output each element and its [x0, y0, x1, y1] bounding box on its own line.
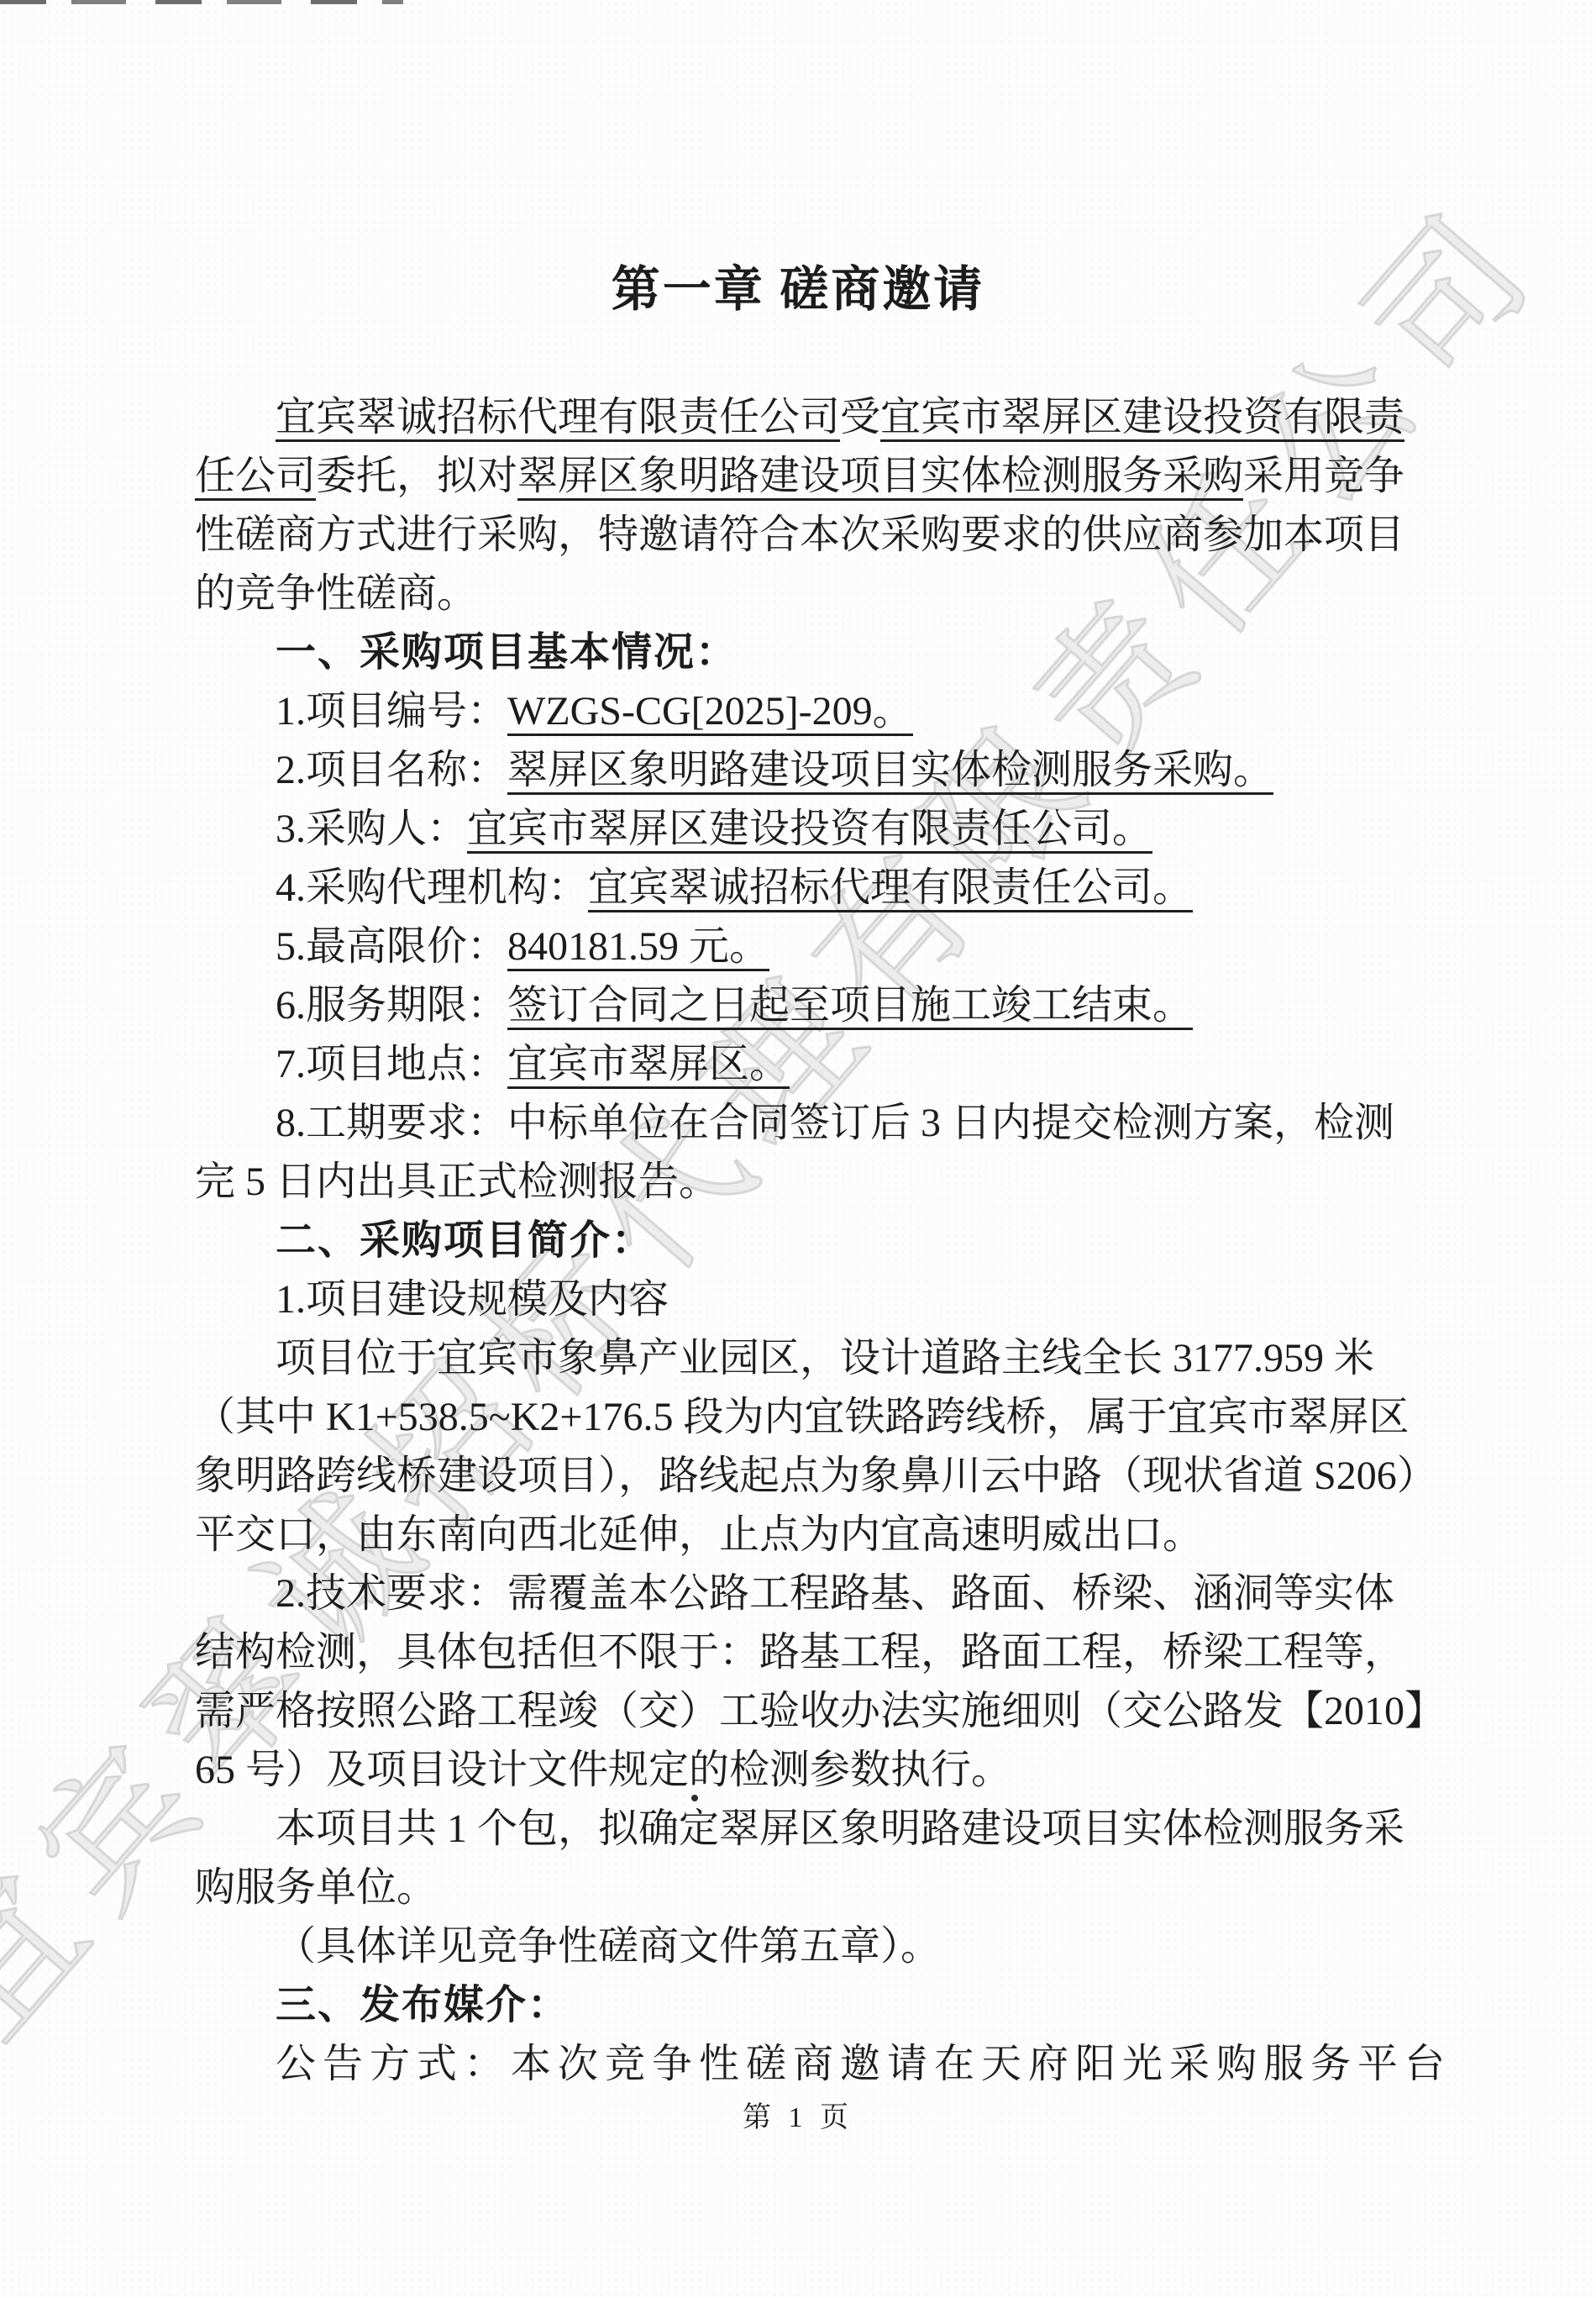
text-run: 三、发布媒介：: [276, 1983, 570, 2027]
text-line: 象明路跨线桥建设项目），路线起点为象鼻川云中路（现状省道 S206）: [195, 1447, 1401, 1506]
text-run: 公告方式：本次竞争性磋商邀请在天府阳光采购服务平台: [276, 2042, 1452, 2086]
text-run: 二、采购项目简介：: [276, 1218, 654, 1263]
underlined-text: 840181.59 元。: [507, 924, 769, 971]
text-line: 的竞争性磋商。: [195, 565, 1401, 623]
section-heading: 二、采购项目简介：: [195, 1212, 1401, 1270]
underlined-text: 翠屏区象明路建设项目实体检测服务采购: [517, 454, 1243, 501]
text-line: 4.采购代理机构：宜宾翠诚招标代理有限责任公司。: [195, 859, 1401, 918]
text-line: 购服务单位。: [195, 1859, 1401, 1917]
underlined-text: 任公司: [195, 454, 316, 501]
text-run: 需严格按照公路工程竣（交）工验收办法实施细则（交公路发【2010】: [195, 1689, 1445, 1733]
text-line: 宜宾翠诚招标代理有限责任公司受宜宾市翠屏区建设投资有限责: [195, 388, 1401, 447]
text-run: 性磋商方式进行采购，特邀请符合本次采购要求的供应商参加本项目: [195, 513, 1404, 557]
text-run: 采用竞争: [1243, 454, 1404, 498]
scanned-document-page: { "page": { "title": "第一章 磋商邀请", "footer…: [0, 0, 1596, 2298]
text-run: 8.工期要求：中标单位在合同签订后 3 日内提交检测方案，检测: [276, 1101, 1394, 1145]
text-run: 2.项目名称：: [276, 748, 507, 792]
text-line: 性磋商方式进行采购，特邀请符合本次采购要求的供应商参加本项目: [195, 506, 1401, 565]
text-line: 平交口，由东南向西北延伸，止点为内宜高速明威出口。: [195, 1506, 1401, 1564]
scan-dot-artifact: [691, 1795, 698, 1801]
text-run: 结构检测，具体包括但不限于：路基工程，路面工程，桥梁工程等，: [195, 1630, 1404, 1675]
text-line: 7.项目地点：宜宾市翠屏区。: [195, 1035, 1401, 1094]
text-line: 项目位于宜宾市象鼻产业园区，设计道路主线全长 3177.959 米: [195, 1329, 1401, 1388]
text-line: 需严格按照公路工程竣（交）工验收办法实施细则（交公路发【2010】: [195, 1682, 1401, 1741]
underlined-text: 宜宾市翠屏区。: [507, 1042, 790, 1089]
text-line: 本项目共 1 个包，拟确定翠屏区象明路建设项目实体检测服务采: [195, 1800, 1401, 1859]
text-run: 平交口，由东南向西北延伸，止点为内宜高速明威出口。: [195, 1512, 1203, 1557]
text-run: 65 号）及项目设计文件规定的检测参数执行。: [195, 1748, 1011, 1792]
text-run: （其中 K1+538.5~K2+176.5 段为内宜铁路跨线桥，属于宜宾市翠屏区: [195, 1395, 1409, 1439]
body-lines: 宜宾翠诚招标代理有限责任公司受宜宾市翠屏区建设投资有限责任公司委托，拟对翠屏区象…: [195, 388, 1401, 2094]
text-run: 的竞争性磋商。: [195, 571, 477, 616]
underlined-text: WZGS-CG[2025]-209。: [507, 689, 913, 736]
text-run: 委托，拟对: [316, 454, 517, 498]
text-run: 2.技术要求：需覆盖本公路工程路基、路面、桥梁、涵洞等实体: [276, 1571, 1394, 1616]
text-run: 项目位于宜宾市象鼻产业园区，设计道路主线全长 3177.959 米: [276, 1336, 1374, 1380]
text-line: 8.工期要求：中标单位在合同签订后 3 日内提交检测方案，检测: [195, 1094, 1401, 1153]
text-run: 受: [840, 395, 880, 439]
text-run: 1.项目编号：: [276, 689, 507, 734]
text-line: 完 5 日内出具正式检测报告。: [195, 1153, 1401, 1212]
text-line: 3.采购人：宜宾市翠屏区建设投资有限责任公司。: [195, 800, 1401, 859]
section-heading: 三、发布媒介：: [195, 1976, 1401, 2035]
text-line: 1.项目建设规模及内容: [195, 1270, 1401, 1329]
text-run: 一、采购项目基本情况：: [276, 630, 738, 675]
text-run: 本项目共 1 个包，拟确定翠屏区象明路建设项目实体检测服务采: [276, 1806, 1404, 1851]
chapter-title: 第一章 磋商邀请: [195, 250, 1401, 320]
text-run: 购服务单位。: [195, 1865, 437, 1910]
text-line: 公告方式：本次竞争性磋商邀请在天府阳光采购服务平台: [195, 2035, 1401, 2094]
text-run: 1.项目建设规模及内容: [276, 1277, 669, 1322]
text-line: 2.项目名称：翠屏区象明路建设项目实体检测服务采购。: [195, 741, 1401, 800]
underlined-text: 宜宾市翠屏区建设投资有限责: [880, 395, 1404, 442]
underlined-text: 签订合同之日起至项目施工竣工结束。: [507, 983, 1193, 1030]
text-run: （具体详见竞争性磋商文件第五章）。: [276, 1924, 941, 1969]
page-number: 第 1 页: [195, 2094, 1401, 2135]
text-run: 4.采购代理机构：: [276, 865, 588, 910]
text-line: 结构检测，具体包括但不限于：路基工程，路面工程，桥梁工程等，: [195, 1623, 1401, 1682]
scan-edge-artifact: [0, 0, 403, 4]
text-line: （其中 K1+538.5~K2+176.5 段为内宜铁路跨线桥，属于宜宾市翠屏区: [195, 1388, 1401, 1447]
underlined-text: 翠屏区象明路建设项目实体检测服务采购。: [507, 748, 1273, 795]
text-line: 任公司委托，拟对翠屏区象明路建设项目实体检测服务采购采用竞争: [195, 447, 1401, 506]
text-run: 6.服务期限：: [276, 983, 507, 1028]
text-run: 5.最高限价：: [276, 924, 507, 969]
text-line: 5.最高限价：840181.59 元。: [195, 918, 1401, 976]
text-line: 6.服务期限：签订合同之日起至项目施工竣工结束。: [195, 976, 1401, 1035]
underlined-text: 宜宾市翠屏区建设投资有限责任公司。: [467, 807, 1152, 854]
text-line: 65 号）及项目设计文件规定的检测参数执行。: [195, 1741, 1401, 1800]
section-heading: 一、采购项目基本情况：: [195, 623, 1401, 682]
text-line: 2.技术要求：需覆盖本公路工程路基、路面、桥梁、涵洞等实体: [195, 1564, 1401, 1623]
text-run: 完 5 日内出具正式检测报告。: [195, 1160, 719, 1204]
text-line: 1.项目编号：WZGS-CG[2025]-209。: [195, 682, 1401, 741]
text-line: （具体详见竞争性磋商文件第五章）。: [195, 1917, 1401, 1976]
underlined-text: 宜宾翠诚招标代理有限责任公司。: [588, 865, 1193, 912]
text-run: 象明路跨线桥建设项目），路线起点为象鼻川云中路（现状省道 S206）: [195, 1454, 1437, 1498]
underlined-text: 宜宾翠诚招标代理有限责任公司: [276, 395, 840, 442]
text-run: 7.项目地点：: [276, 1042, 507, 1086]
text-run: 3.采购人：: [276, 807, 467, 851]
